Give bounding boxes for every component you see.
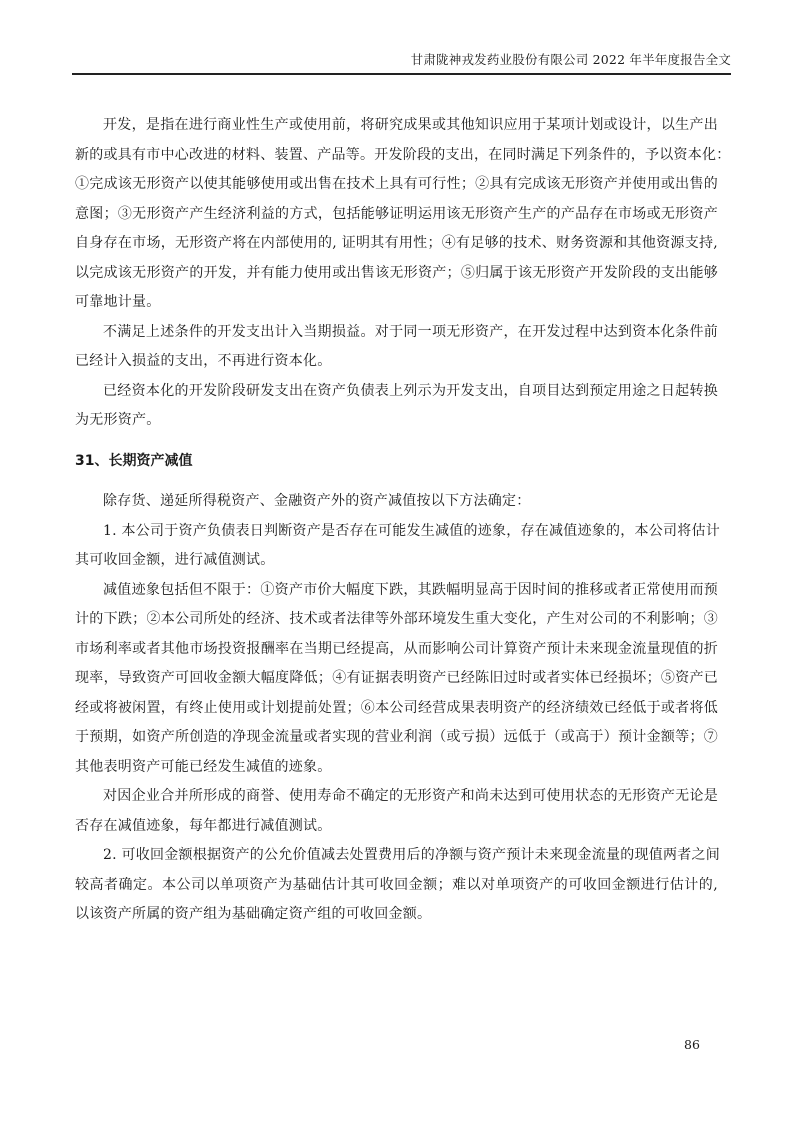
impairment-item-1-paragraph: 1. 本公司于资产负债表日判断资产是否存在可能发生减值的迹象，存在减值迹象的，本…: [75, 517, 718, 576]
text-line: 其他表明资产可能已经发生减值的迹象。: [75, 753, 718, 783]
goodwill-paragraph: 对因企业合并所形成的商誉、使用寿命不确定的无形资产和尚未达到可使用状态的无形资产…: [75, 782, 718, 841]
text-line: 减值迹象包括但不限于：①资产市价大幅度下跌，其跌幅明显高于因时间的推移或者正常使…: [75, 576, 718, 606]
text-line: 已经资本化的开发阶段研发支出在资产负债表上列示为开发支出，自项目达到预定用途之日…: [75, 377, 718, 407]
header-title: 甘肃陇神戎发药业股份有限公司 2022 年半年度报告全文: [411, 50, 731, 68]
page-body: 开发，是指在进行商业性生产或使用前，将研究成果或其他知识应用于某项计划或设计，以…: [75, 111, 718, 930]
text-line: 其可收回金额，进行减值测试。: [75, 546, 718, 576]
text-line: 对因企业合并所形成的商誉、使用寿命不确定的无形资产和尚未达到可使用状态的无形资产…: [75, 782, 718, 812]
impairment-indicators-paragraph: 减值迹象包括但不限于：①资产市价大幅度下跌，其跌幅明显高于因时间的推移或者正常使…: [75, 576, 718, 783]
text-line: ①完成该无形资产以使其能够使用或出售在技术上具有可行性；②具有完成该无形资产并使…: [75, 170, 718, 200]
text-line: 市场利率或者其他市场投资报酬率在当期已经提高，从而影响公司计算资产预计未来现金流…: [75, 635, 718, 665]
text-line: 以完成该无形资产的开发，并有能力使用或出售该无形资产；⑤归属于该无形资产开发阶段…: [75, 259, 718, 289]
text-line: 1. 本公司于资产负债表日判断资产是否存在可能发生减值的迹象，存在减值迹象的，本…: [75, 517, 718, 547]
page-number: 86: [684, 1037, 700, 1052]
recoverable-amount-paragraph: 2. 可收回金额根据资产的公允价值减去处置费用后的净额与资产预计未来现金流量的现…: [75, 841, 718, 930]
section-heading: 31、长期资产减值: [75, 447, 718, 477]
text-line: 较高者确定。本公司以单项资产为基础估计其可收回金额；难以对单项资产的可收回金额进…: [75, 871, 718, 901]
text-line: 新的或具有市中心改进的材料、装置、产品等。开发阶段的支出，在同时满足下列条件的，…: [75, 141, 718, 171]
text-line: 计的下跌；②本公司所处的经济、技术或者法律等外部环境发生重大变化，产生对公司的不…: [75, 605, 718, 635]
text-line: 已经计入损益的支出，不再进行资本化。: [75, 347, 718, 377]
text-line: 于预期，如资产所创造的净现金流量或者实现的营业利润（或亏损）远低于（或高于）预计…: [75, 723, 718, 753]
expense-paragraph: 不满足上述条件的开发支出计入当期损益。对于同一项无形资产，在开发过程中达到资本化…: [75, 318, 718, 377]
text-line: 自身存在市场，无形资产将在内部使用的, 证明其有用性；④有足够的技术、财务资源和…: [75, 229, 718, 259]
text-line: 为无形资产。: [75, 406, 718, 436]
text-line: 以该资产所属的资产组为基础确定资产组的可收回金额。: [75, 900, 718, 930]
text-line: 不满足上述条件的开发支出计入当期损益。对于同一项无形资产，在开发过程中达到资本化…: [75, 318, 718, 348]
text-line: 开发，是指在进行商业性生产或使用前，将研究成果或其他知识应用于某项计划或设计，以…: [75, 111, 718, 141]
text-line: 除存货、递延所得税资产、金融资产外的资产减值按以下方法确定：: [75, 487, 718, 517]
text-line: 否存在减值迹象，每年都进行减值测试。: [75, 812, 718, 842]
text-line: 经或将被闲置，有终止使用或计划提前处置；⑥本公司经营成果表明资产的经济绩效已经低…: [75, 694, 718, 724]
header-divider: [72, 73, 731, 75]
text-line: 现率，导致资产可回收金额大幅度降低；④有证据表明资产已经陈旧过时或者实体已经损坏…: [75, 664, 718, 694]
text-line: 可靠地计量。: [75, 288, 718, 318]
capitalized-paragraph: 已经资本化的开发阶段研发支出在资产负债表上列示为开发支出，自项目达到预定用途之日…: [75, 377, 718, 436]
text-line: 意图；③无形资产产生经济利益的方式，包括能够证明运用该无形资产生产的产品存在市场…: [75, 200, 718, 230]
development-stage-paragraph: 开发，是指在进行商业性生产或使用前，将研究成果或其他知识应用于某项计划或设计，以…: [75, 111, 718, 318]
impairment-intro-paragraph: 除存货、递延所得税资产、金融资产外的资产减值按以下方法确定：: [75, 487, 718, 517]
text-line: 2. 可收回金额根据资产的公允价值减去处置费用后的净额与资产预计未来现金流量的现…: [75, 841, 718, 871]
